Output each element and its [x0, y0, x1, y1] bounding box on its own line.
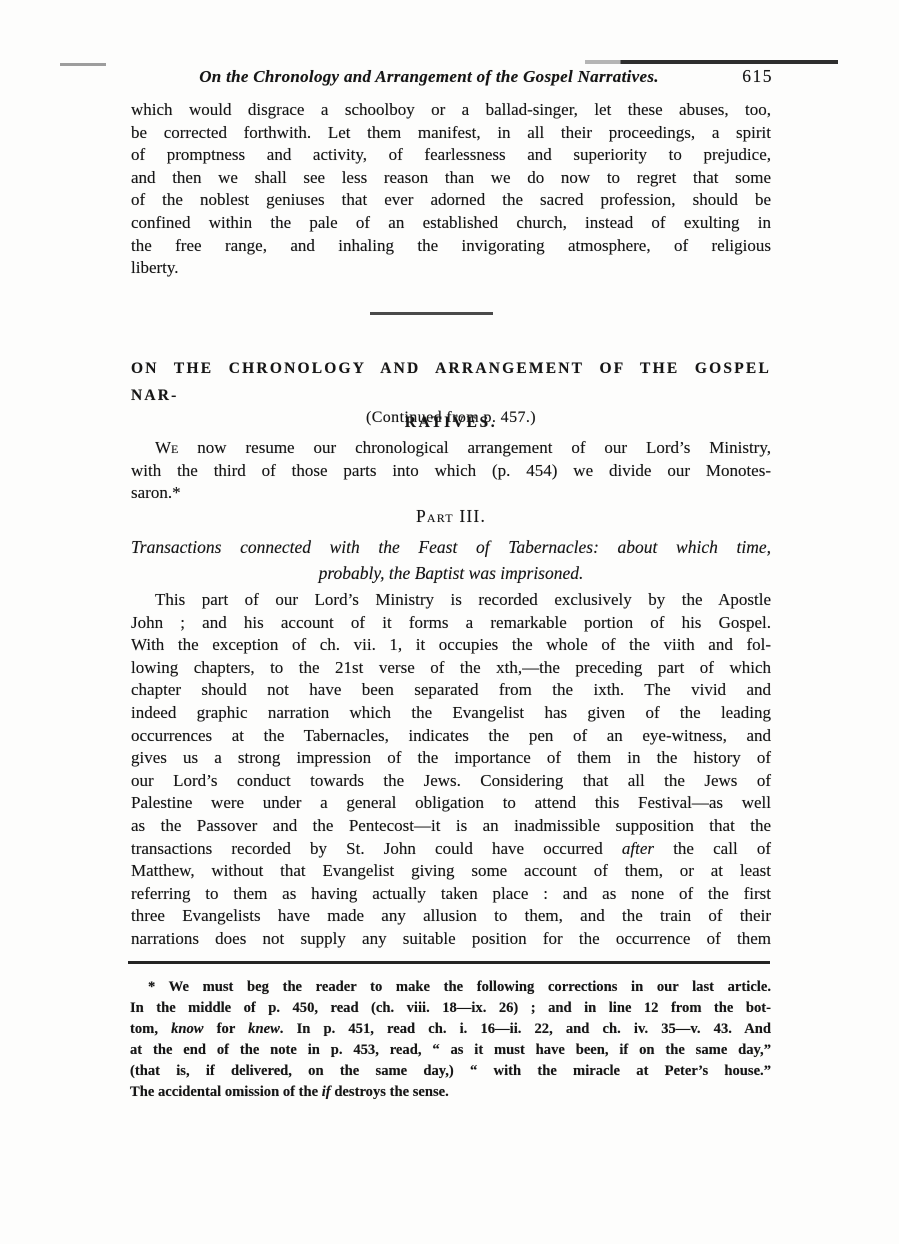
- section-divider-rule: [370, 312, 493, 315]
- text-line: as the Passover and the Pentecost—it is …: [131, 815, 771, 838]
- text-line: chapter should not have been separated f…: [131, 679, 771, 702]
- text-line: which would disgrace a schoolboy or a ba…: [131, 99, 771, 122]
- text-line: We now resume our chronological arrangem…: [131, 437, 771, 460]
- page-number: 615: [727, 66, 773, 87]
- text-line: at the end of the note in p. 453, read, …: [130, 1040, 771, 1061]
- header-rule-left-fragment: [60, 63, 106, 66]
- text-line: tom, know for knew. In p. 451, read ch. …: [130, 1019, 771, 1040]
- text-line: This part of our Lord’s Ministry is reco…: [131, 589, 771, 612]
- article-title-line1: ON THE CHRONOLOGY AND ARRANGEMENT OF THE…: [131, 355, 771, 409]
- text-line: In the middle of p. 450, read (ch. viii.…: [130, 998, 771, 1019]
- text-line: narrations does not supply any suitable …: [131, 928, 771, 951]
- text-line: our Lord’s conduct towards the Jews. Con…: [131, 770, 771, 793]
- running-header-title: On the Chronology and Arrangement of the…: [131, 67, 727, 87]
- text-line: Palestine were under a general obligatio…: [131, 792, 771, 815]
- text-line: lowing chapters, to the 21st verse of th…: [131, 657, 771, 680]
- text-line: three Evangelists have made any allusion…: [131, 905, 771, 928]
- article-subtitle-line2: probably, the Baptist was imprisoned.: [131, 560, 771, 586]
- running-header: On the Chronology and Arrangement of the…: [131, 66, 773, 87]
- text-line: saron.*: [131, 482, 771, 505]
- text-line: occurrences at the Tabernacles, indicate…: [131, 725, 771, 748]
- text-line: * We must beg the reader to make the fol…: [130, 977, 771, 998]
- text-line: indeed graphic narration which the Evang…: [131, 702, 771, 725]
- footnote-rule: [128, 961, 770, 964]
- text-line: (that is, if delivered, on the same day,…: [130, 1061, 771, 1082]
- article-subtitle-line1: Transactions connected with the Feast of…: [131, 534, 771, 560]
- text-line: of the noblest geniuses that ever adorne…: [131, 189, 771, 212]
- text-line: The accidental omission of the if destro…: [130, 1082, 771, 1103]
- footnote: * We must beg the reader to make the fol…: [130, 977, 771, 1102]
- continued-from-note: (Continued from p. 457.): [131, 409, 771, 427]
- text-line: confined within the pale of an establish…: [131, 212, 771, 235]
- text-line: Matthew, without that Evangelist giving …: [131, 860, 771, 883]
- text-line: With the exception of ch. vii. 1, it occ…: [131, 634, 771, 657]
- scanned-page: On the Chronology and Arrangement of the…: [0, 0, 899, 1244]
- text-line: with the third of those parts into which…: [131, 460, 771, 483]
- text-line: and then we shall see less reason than w…: [131, 167, 771, 190]
- opening-paragraph: We now resume our chronological arrangem…: [131, 437, 771, 505]
- text-line: gives us a strong impression of the impo…: [131, 747, 771, 770]
- text-line: John ; and his account of it forms a rem…: [131, 612, 771, 635]
- text-line: of promptness and activity, of fearlessn…: [131, 144, 771, 167]
- text-line: the free range, and inhaling the invigor…: [131, 235, 771, 258]
- text-line: be corrected forthwith. Let them manifes…: [131, 122, 771, 145]
- text-line: transactions recorded by St. John could …: [131, 838, 771, 861]
- article-subtitle: Transactions connected with the Feast of…: [131, 534, 771, 586]
- part-heading: Part III.: [131, 506, 771, 527]
- header-rule-right-fragment: [585, 60, 838, 64]
- text-line: liberty.: [131, 257, 771, 280]
- intro-continuation-paragraph: which would disgrace a schoolboy or a ba…: [131, 99, 771, 280]
- text-line: referring to them as having actually tak…: [131, 883, 771, 906]
- body-paragraph: This part of our Lord’s Ministry is reco…: [131, 589, 771, 951]
